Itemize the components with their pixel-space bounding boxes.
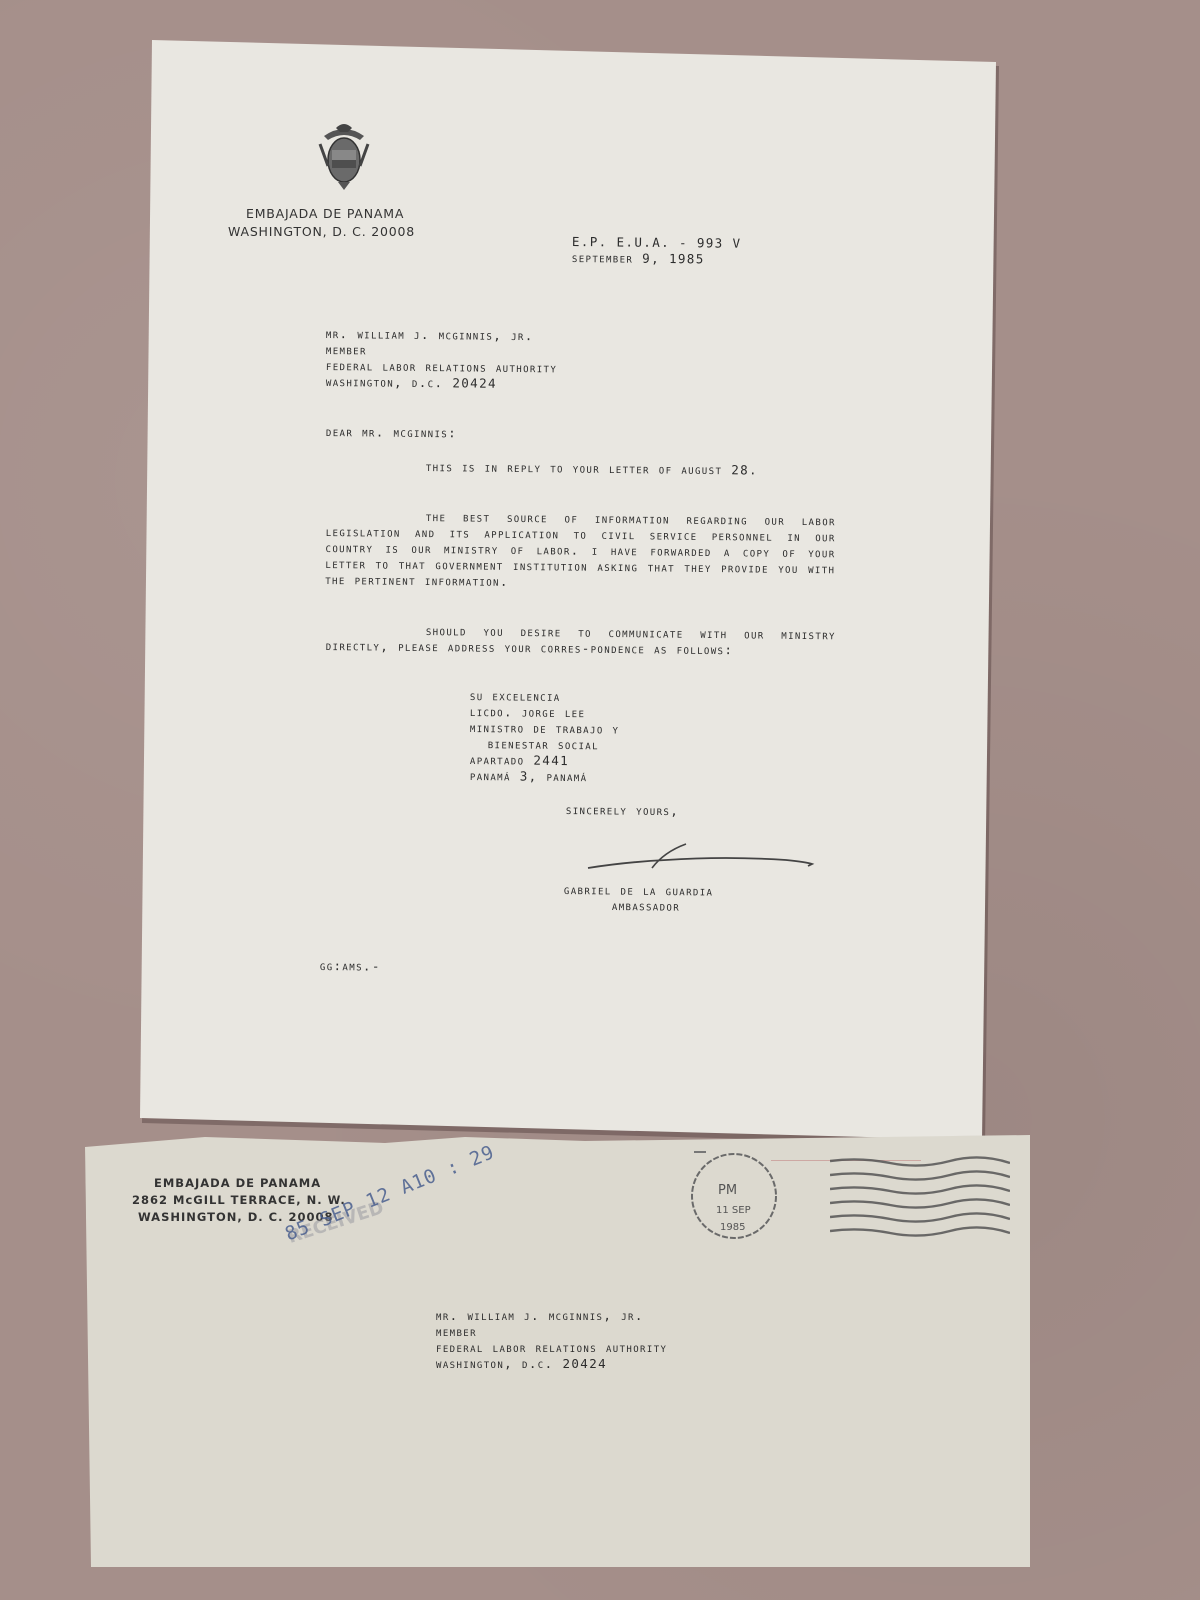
envelope-addressee-line-2: Member: [436, 1324, 477, 1340]
postmark-date: 11 SEP: [716, 1205, 751, 1216]
cancellation-lines-icon: [830, 1155, 1010, 1251]
postmark-period: PM: [718, 1183, 737, 1198]
postmark-year: 1985: [720, 1222, 745, 1233]
envelope-return-line-2: 2862 McGILL TERRACE, N. W.: [132, 1193, 346, 1207]
envelope-addressee-line-4: Washington, D.C. 20424: [436, 1356, 607, 1372]
envelope-addressee-line-1: Mr. William J. McGinnis, Jr.: [436, 1308, 644, 1324]
envelope-return-line-1: EMBAJADA DE PANAMA: [154, 1176, 321, 1190]
envelope-addressee-line-3: Federal Labor Relations Authority: [436, 1340, 667, 1356]
